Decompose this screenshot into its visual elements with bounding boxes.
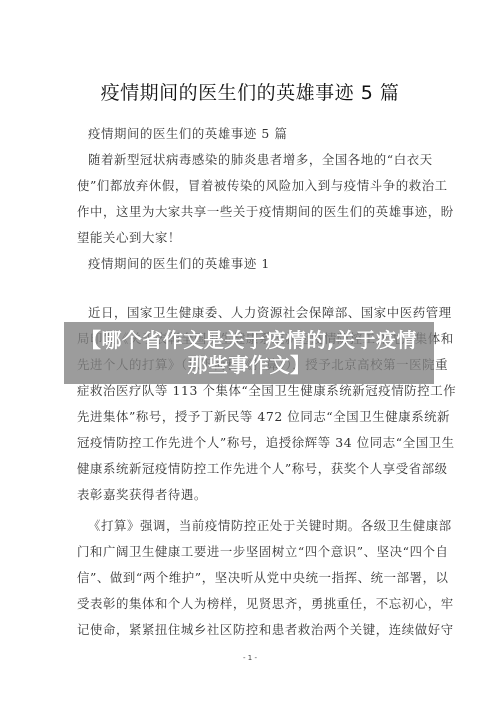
text-line: 症救治医疗队等 113 个集体“全国卫生健康系统新冠疫情防控工作 [77, 383, 427, 399]
text-line: 门和广阔卫生健康工要进一步坚固树立“四个意识”、坚决“四个自 [77, 544, 427, 560]
text-line: 《打算》强调，当前疫情防控正处于关键时期。各级卫生健康部 [88, 518, 438, 534]
document-title: 疫情期间的医生们的英雄事迹 5 篇 [0, 78, 500, 105]
section-heading: 疫情期间的医生们的英雄事迹 5 篇 [88, 126, 438, 142]
text-line: 记使命，紧紧扭住城乡社区防控和患者救治两个关键，连续做好守 [77, 622, 427, 638]
text-line: 信”、做到“两个维护”，坚决听从党中央统一指挥、统一部署，以 [77, 570, 427, 586]
text-line: 表彰嘉奖获得者待遇。 [77, 487, 427, 503]
page-number: - 1 - [0, 654, 500, 662]
text-line: 使”们都放弃休假，冒着被传染的风险加入到与疫情斗争的救治工 [77, 178, 427, 194]
text-line: 冠疫情防控工作先进个人”称号，追授徐辉等 34 位同志“全国卫生 [77, 435, 427, 451]
text-line: 望能关心到大家！ [77, 230, 427, 246]
section-heading: 疫情期间的医生们的英雄事迹 1 [88, 256, 438, 272]
text-line: 健康系统新冠疫情防控工作先进个人”称号，获奖个人享受省部级 [77, 461, 427, 477]
text-line: 受表彰的集体和个人为榜样，见贤思齐，勇挑重任，不忘初心，牢 [77, 596, 427, 612]
text-line: 近日，国家卫生健康委、人力资源社会保障部、国家中医药管理 [88, 305, 438, 321]
text-line: 随着新型冠状病毒感染的肺炎患者增多，全国各地的“白衣天 [88, 152, 438, 168]
overlay-title-banner: 【哪个省作文是关于疫情的,关于疫情 那些事作文】 [64, 322, 434, 384]
overlay-title-line-1: 【哪个省作文是关于疫情的,关于疫情 [81, 328, 417, 353]
text-line: 作中，这里为大家共享一些关于疫情期间的医生们的英雄事迹，盼 [77, 204, 427, 220]
overlay-title-line-2: 那些事作文】 [188, 353, 311, 378]
text-line: 先进集体”称号，授予丁新民等 472 位同志“全国卫生健康系统新 [77, 409, 427, 425]
